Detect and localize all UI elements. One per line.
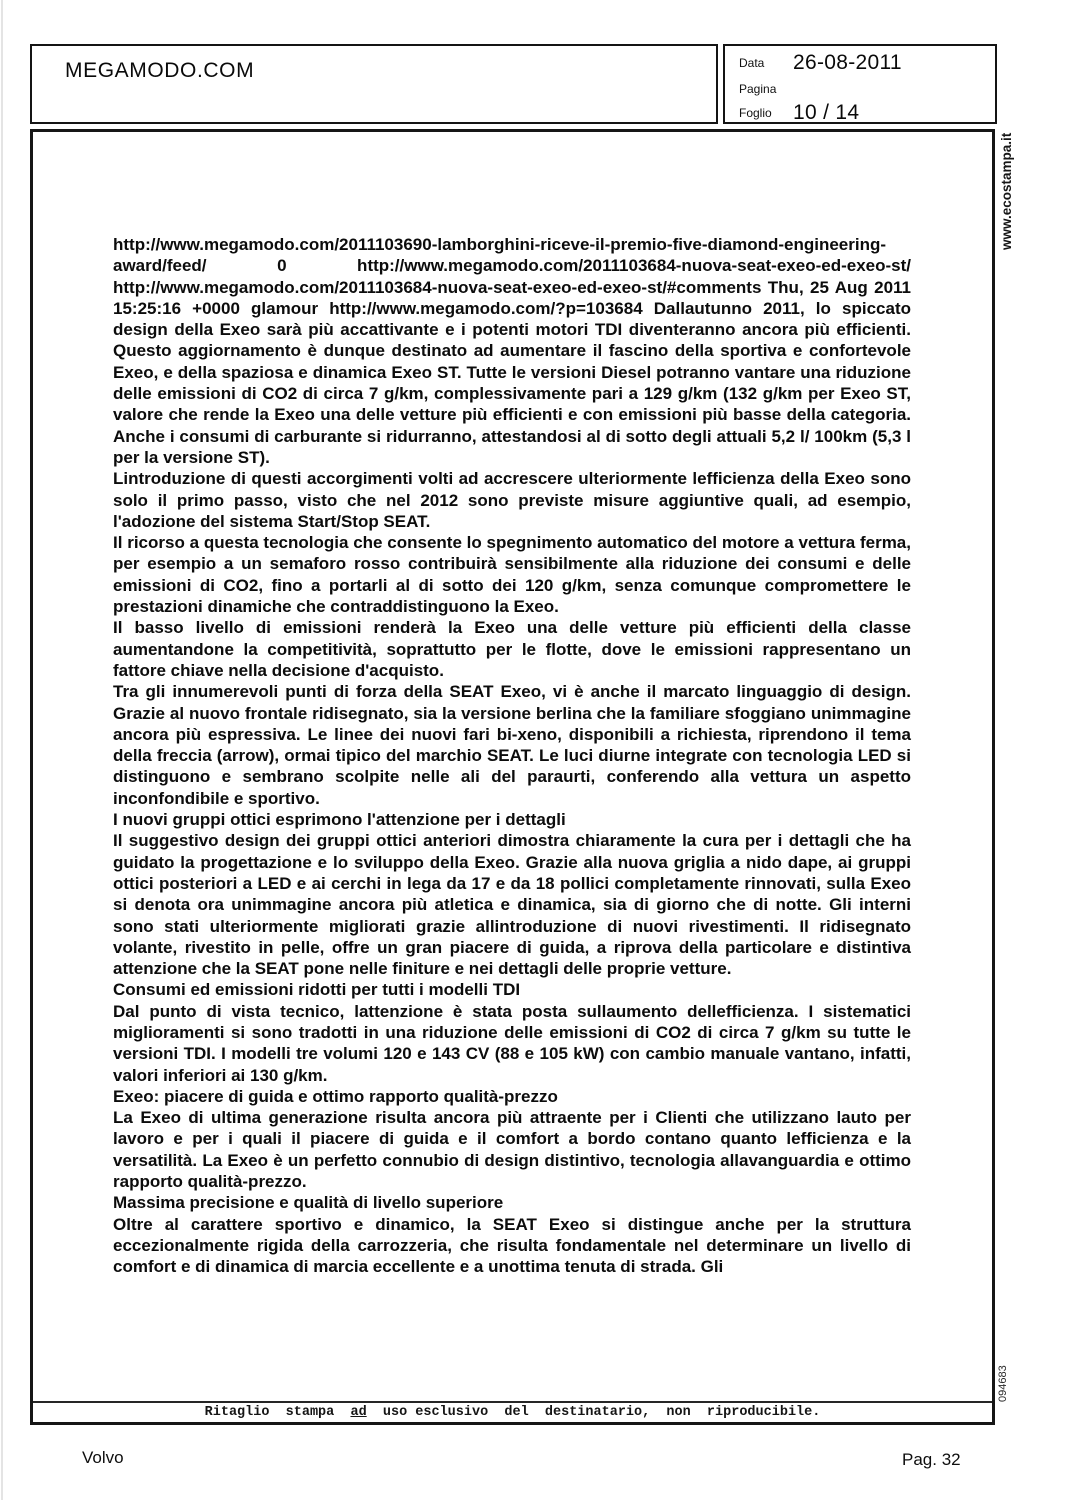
clipping-meta-box: Data 26-08-2011 Pagina Foglio 10 / 14 bbox=[723, 44, 997, 124]
clipping-notice-text: Ritaglio stampa bbox=[205, 1405, 351, 1420]
article-subheading: Consumi ed emissioni ridotti per tutti i… bbox=[113, 979, 911, 1000]
source-logo: MEGAMODO.COM bbox=[65, 59, 254, 83]
article-paragraph: Oltre al carattere sportivo e dinamico, … bbox=[113, 1214, 911, 1278]
clipping-code: 094683 bbox=[997, 1365, 1009, 1402]
article-paragraph: Il ricorso a questa tecnologia che conse… bbox=[113, 532, 911, 617]
article-subheading: Massima precisione e qualità di livello … bbox=[113, 1192, 911, 1213]
source-header-box: MEGAMODO.COM bbox=[30, 44, 718, 124]
clipping-notice-text: uso esclusivo del destinatario, non ripr… bbox=[367, 1405, 821, 1420]
footer-page-ref: Pag. 32 bbox=[902, 1450, 961, 1470]
article-subheading: I nuovi gruppi ottici esprimono l'attenz… bbox=[113, 809, 911, 830]
ecostampa-watermark: www.ecostampa.it bbox=[999, 133, 1014, 250]
article-paragraph: Tra gli innumerevoli punti di forza dell… bbox=[113, 681, 911, 809]
article-body: http://www.megamodo.com/2011103690-lambo… bbox=[113, 234, 911, 1278]
article-paragraph: Dal punto di vista tecnico, lattenzione … bbox=[113, 1001, 911, 1086]
article-paragraph: Lintroduzione di questi accorgimenti vol… bbox=[113, 468, 911, 532]
scan-edge-line bbox=[1, 0, 3, 1500]
article-frame: http://www.megamodo.com/2011103690-lambo… bbox=[30, 129, 995, 1425]
footer-brand: Volvo bbox=[82, 1448, 124, 1468]
sheet-value: 10 / 14 bbox=[793, 101, 859, 125]
article-paragraph: Il suggestivo design dei gruppi ottici a… bbox=[113, 830, 911, 979]
article-paragraph: La Exeo di ultima generazione risulta an… bbox=[113, 1107, 911, 1192]
page-label: Pagina bbox=[739, 82, 776, 96]
date-value: 26-08-2011 bbox=[793, 51, 902, 75]
clipping-notice: Ritaglio stampa ad uso esclusivo del des… bbox=[33, 1401, 992, 1422]
clipping-notice-text: ad bbox=[350, 1405, 366, 1420]
article-subheading: Exeo: piacere di guida e ottimo rapporto… bbox=[113, 1086, 911, 1107]
sheet-label: Foglio bbox=[739, 106, 772, 120]
article-paragraph: http://www.megamodo.com/2011103690-lambo… bbox=[113, 234, 911, 468]
date-label: Data bbox=[739, 56, 764, 70]
article-paragraph: Il basso livello di emissioni renderà la… bbox=[113, 617, 911, 681]
press-clipping-page: MEGAMODO.COM Data 26-08-2011 Pagina Fogl… bbox=[0, 0, 1070, 1500]
